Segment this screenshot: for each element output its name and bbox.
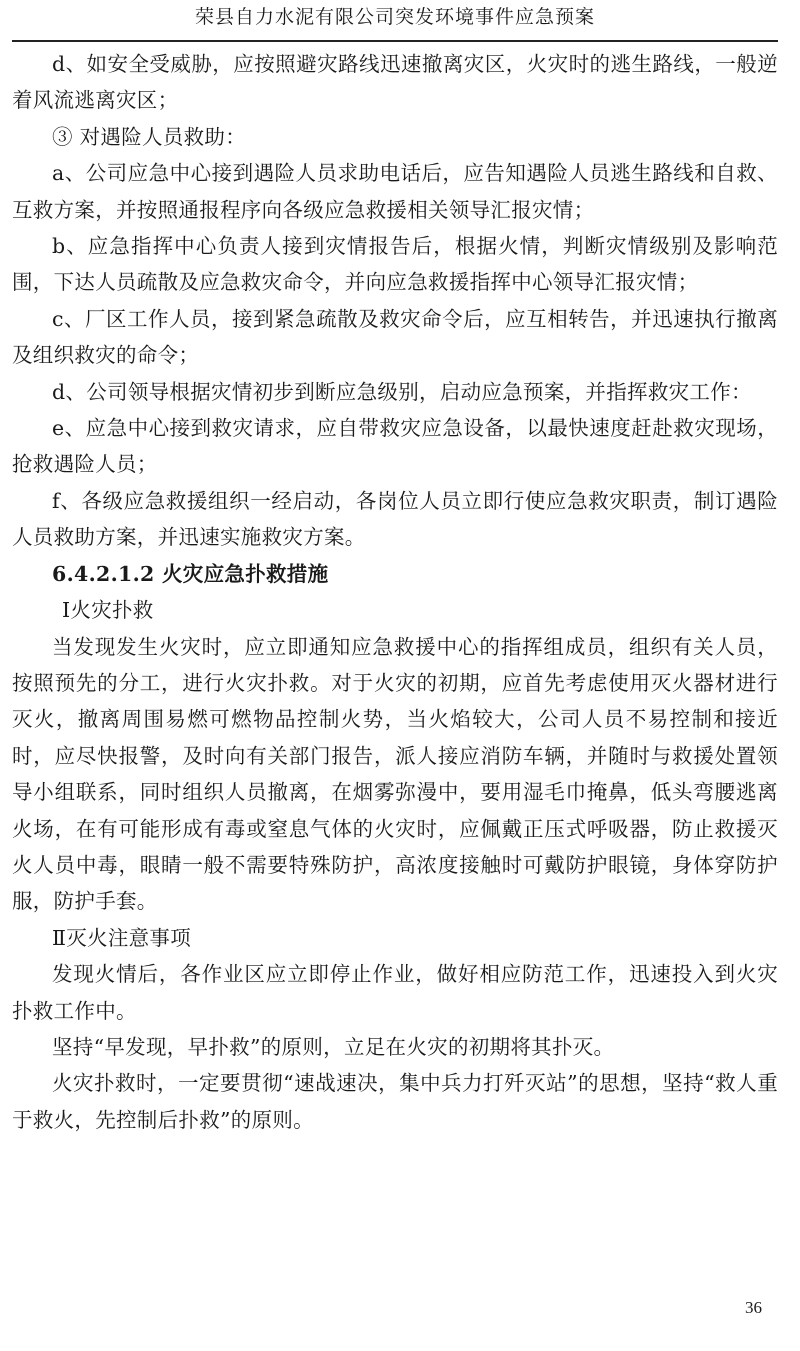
page-number: 36 [745, 1298, 762, 1318]
paragraph-rescue-c: c、厂区工作人员，接到紧急疏散及救灾命令后，应互相转告，并迅速执行撤离及组织救灾… [12, 301, 778, 374]
document-body: d、如安全受威胁，应按照避灾路线迅速撤离灾区，火灾时的逃生路线，一般逆着风流逃离… [12, 46, 778, 1138]
subheading-fire-precautions: Ⅱ灭火注意事项 [12, 920, 778, 956]
document-header: 荣县自力水泥有限公司突发环境事件应急预案 [12, 2, 778, 42]
paragraph-rescue-d: d、公司领导根据灾情初步到断应急级别，启动应急预案，并指挥救灾工作： [12, 374, 778, 410]
paragraph-precaution-2: 坚持“早发现，早扑救”的原则，立足在火灾的初期将其扑灭。 [12, 1029, 778, 1065]
paragraph-rescue-f: f、各级应急救援组织一经启动，各岗位人员立即行使应急救灾职责，制订遇险人员救助方… [12, 483, 778, 556]
paragraph-rescue-e: e、应急中心接到救灾请求，应自带救灾应急设备，以最快速度赶赴救灾现场，抢救遇险人… [12, 410, 778, 483]
paragraph-evacuation-d: d、如安全受威胁，应按照避灾路线迅速撤离灾区，火灾时的逃生路线，一般逆着风流逃离… [12, 46, 778, 119]
subheading-fire-fighting: Ⅰ火灾扑救 [12, 592, 778, 628]
paragraph-rescue-b: b、应急指挥中心负责人接到灾情报告后，根据火情，判断灾情级别及影响范围，下达人员… [12, 228, 778, 301]
paragraph-rescue-a: a、公司应急中心接到遇险人员求助电话后，应告知遇险人员逃生路线和自救、互救方案，… [12, 155, 778, 228]
paragraph-precaution-3: 火灾扑救时，一定要贯彻“速战速决，集中兵力打歼灭站”的思想，坚持“救人重于救火，… [12, 1065, 778, 1138]
document-header-title: 荣县自力水泥有限公司突发环境事件应急预案 [195, 6, 595, 28]
subheading-rescue: ③ 对遇险人员救助： [12, 119, 778, 155]
paragraph-precaution-1: 发现火情后，各作业区应立即停止作业，做好相应防范工作，迅速投入到火灾扑救工作中。 [12, 956, 778, 1029]
paragraph-fire-fighting: 当发现发生火灾时，应立即通知应急救援中心的指挥组成员，组织有关人员，按照预先的分… [12, 629, 778, 920]
section-heading-6-4-2-1-2: 6.4.2.1.2 火灾应急扑救措施 [12, 556, 778, 592]
